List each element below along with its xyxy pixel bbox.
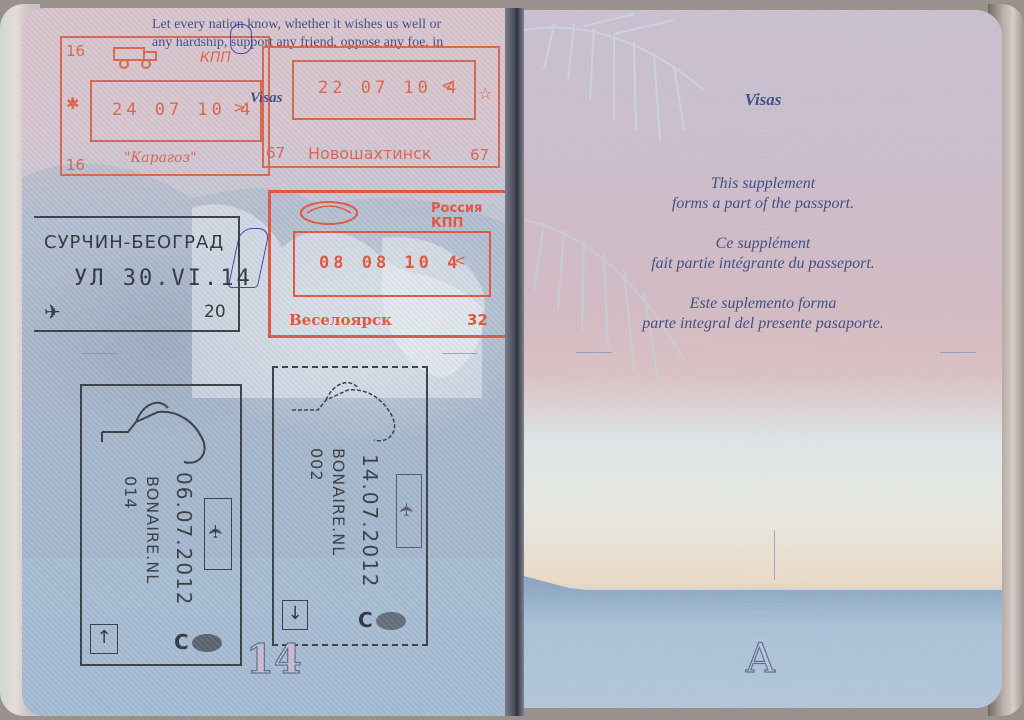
notice-line: parte integral del presente pasaporte. [524,314,1002,334]
stamp-number: 014 [121,476,140,510]
book-spine-gutter [505,8,525,716]
stamp-date-box: 24 07 10 4 > [90,80,262,142]
supplement-notice-spanish: Este suplemento forma parte integral del… [524,294,1002,334]
stamp-place: BONAIRE.NL [329,448,348,556]
stamp-direction: < [455,251,465,271]
stamp-date-code: 22 07 10 4 [318,78,460,98]
stamp-number: 20 [204,302,226,322]
stamp-date: УЛ 30.VI.14 [74,266,253,291]
supplement-notice-french: Ce supplément fait partie intégrante du … [524,234,1002,274]
notice-line: Ce supplément [524,234,1002,254]
left-page: Let every nation know, whether it wishes… [22,8,520,716]
guide-dash [442,353,477,354]
stamp-agency: Россия КПП [431,201,505,231]
guide-dash [940,352,976,353]
arrow-down-icon: ↓ [282,600,308,630]
passport-spread: Let every nation know, whether it wishes… [0,0,1024,720]
stamp-date: 14.07.2012 [358,454,382,589]
stamp-date: 06.07.2012 [172,472,196,607]
airplane-icon: ✈ [206,524,227,539]
stamp-date-box: 22 07 10 4 < [292,60,476,120]
airplane-icon-box: ✈ [396,474,422,548]
stamp-corner-number: 16 [66,156,85,174]
stamp-place: Веселоярск [289,311,392,329]
notice-line: fait partie intégrante du passeport. [524,254,1002,274]
stamp-place: BONAIRE.NL [143,476,162,584]
stamp-corner-number: 67 [266,144,285,162]
stamp-direction: < [442,76,452,96]
flamingo-icon [98,392,218,472]
stamp-karagoz: 16 16 КПП ✱ 24 07 10 4 > "Карагоз" [60,36,270,176]
airplane-icon: ✈ [397,502,418,517]
stamp-veselovsk: Россия КПП 08 08 10 4 < Веселоярск 32 [268,190,508,338]
page-letter: A [746,636,775,682]
airplane-icon: ✈ [44,300,61,324]
guide-dash [82,353,117,354]
supplement-notice-english: This supplement forms a part of the pass… [524,174,1002,214]
notice-line: Este suplemento forma [524,294,1002,314]
stamp-direction: > [234,98,244,118]
stamp-date-box: 08 08 10 4 < [293,231,491,297]
c-emblem-icon: C [358,608,373,632]
notice-line: This supplement [524,174,1002,194]
stamp-place: СУРЧИН-БЕОГРАД [44,232,224,253]
stamp-place: Новошахтинск [308,144,432,163]
guide-dash [576,352,612,353]
truck-icon [112,46,160,70]
stamp-bonaire-exit: 14.07.2012 BONAIRE.NL 002 ✈ ↓ C [272,366,428,646]
stamp-novoshakhtinsk: 22 07 10 4 < ☆ 67 Новошахтинск 67 [262,46,500,168]
coral-icon [192,634,222,652]
arrow-up-icon: ↑ [90,624,118,654]
stamp-bonaire-entry: 06.07.2012 BONAIRE.NL 014 ✈ ↑ C [80,384,242,666]
pen-signature [230,24,252,54]
page-number: 14 [246,636,302,683]
c-emblem-icon: C [174,630,189,654]
star-icon: ☆ [478,84,492,103]
flamingo-icon [288,374,408,454]
stamp-date-code: 24 07 10 4 [112,100,254,120]
stamp-surcin-beograd: СУРЧИН-БЕОГРАД УЛ 30.VI.14 ✈ 20 [34,216,240,332]
quote-line-1: Let every nation know, whether it wishes… [152,16,520,34]
notice-line: forms a part of the passport. [524,194,1002,214]
coral-icon [376,612,406,630]
asterisk-icon: ✱ [66,94,79,113]
stamp-place: "Карагоз" [124,150,197,166]
stamp-corner-number: 16 [66,42,85,60]
stamp-corner-number: 67 [470,146,489,164]
airplane-icon-box: ✈ [204,498,232,570]
stamp-agency: КПП [200,50,231,66]
guide-dash [774,530,775,580]
right-page: Visas This supplement forms a part of th… [524,10,1002,708]
stamp-date-code: 08 08 10 4 [319,253,461,273]
stamp-corner-number: 32 [467,311,488,329]
stamp-number: 002 [307,448,326,482]
emblem-icon [299,199,359,227]
visas-heading-right: Visas [524,90,1002,110]
